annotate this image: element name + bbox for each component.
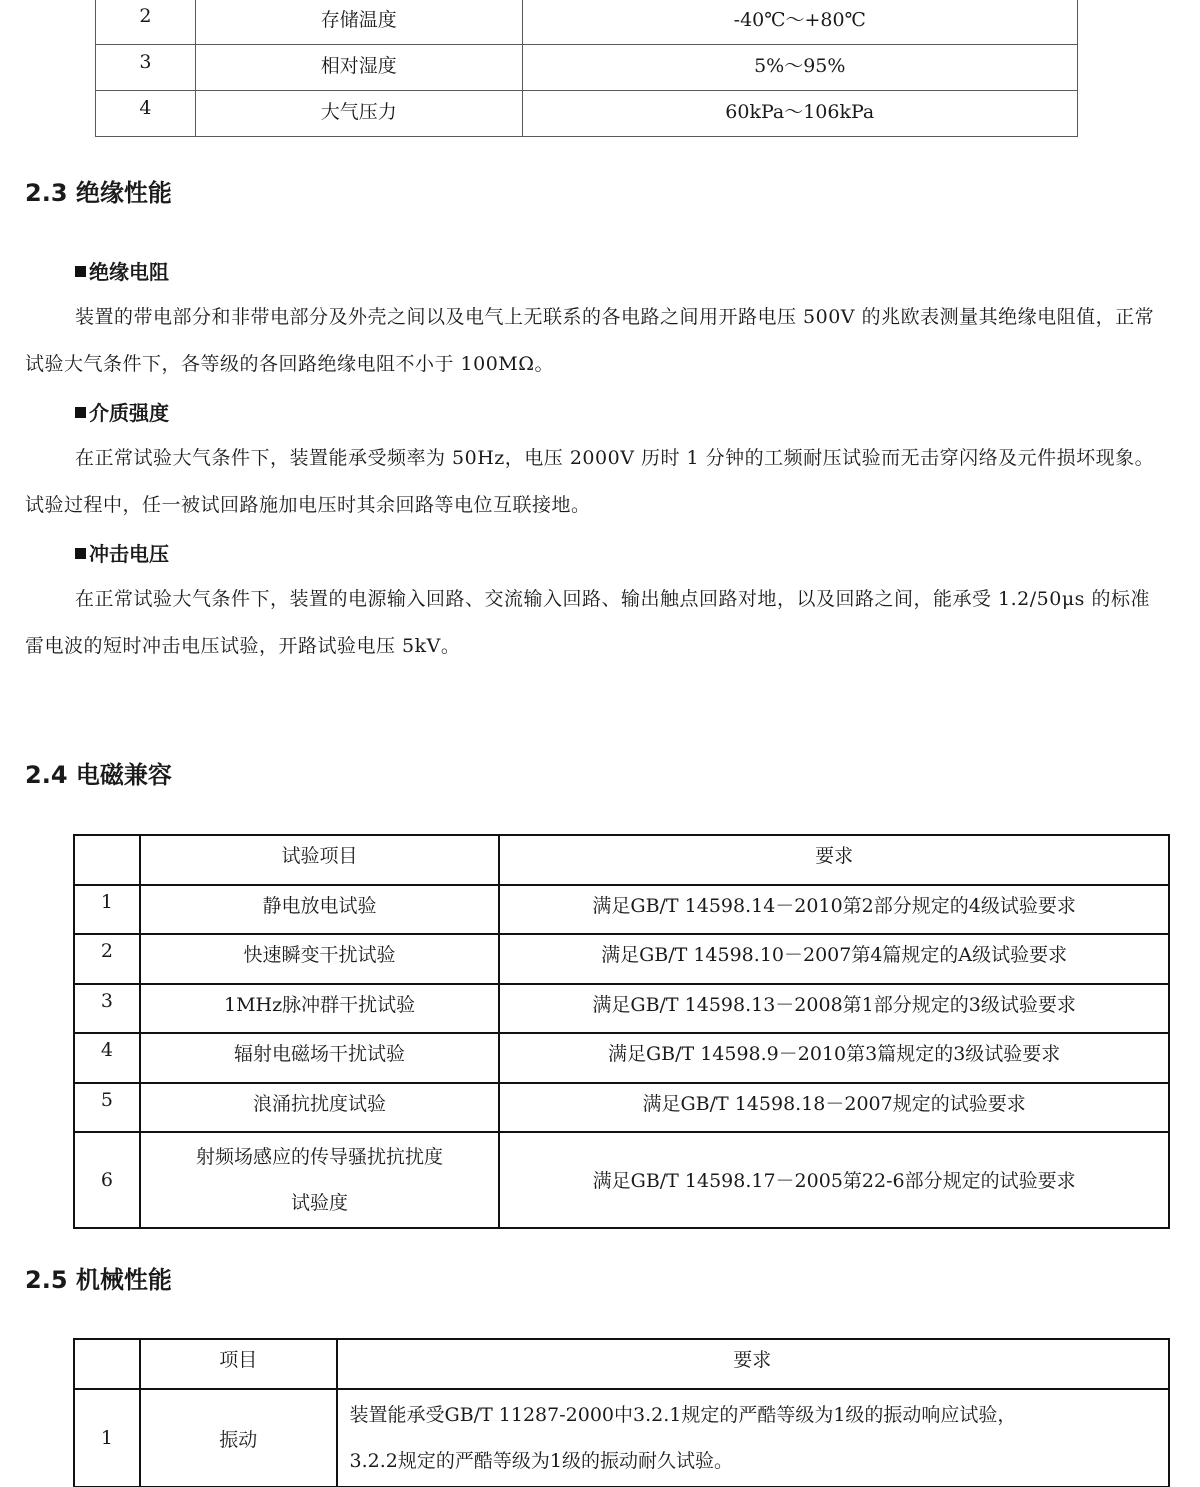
mechanical-requirement: 装置能承受GB/T 11287-2000中3.2.1规定的严酷等级为1级的振动响…	[337, 1389, 1169, 1487]
square-bullet-icon	[75, 407, 86, 418]
row-number: 1	[74, 885, 140, 935]
table-row: 2 存储温度 -40℃～+80℃	[96, 0, 1078, 45]
table-row: 4 大气压力 60kPa～106kPa	[96, 91, 1078, 137]
subheading-dielectric-strength: 介质强度	[75, 397, 169, 426]
row-number: 3	[96, 45, 196, 91]
row-number: 1	[74, 1389, 140, 1487]
section-heading-mechanical: 2.5 机械性能	[25, 1260, 172, 1295]
table-row: 2 快速瞬变干扰试验 满足GB/T 14598.10－2007第4篇规定的A级试…	[74, 934, 1169, 984]
test-item: 静电放电试验	[140, 885, 499, 935]
row-number: 4	[96, 91, 196, 137]
mechanical-item: 振动	[140, 1389, 337, 1487]
mechanical-performance-table: 项目 要求 1 振动 装置能承受GB/T 11287-2000中3.2.1规定的…	[73, 1338, 1170, 1487]
condition-item: 相对湿度	[195, 45, 522, 91]
test-requirement: 满足GB/T 14598.9－2010第3篇规定的3级试验要求	[499, 1033, 1169, 1083]
test-requirement: 满足GB/T 14598.18－2007规定的试验要求	[499, 1083, 1169, 1133]
condition-item: 存储温度	[195, 0, 522, 45]
row-number: 2	[96, 0, 196, 45]
subheading-impulse-voltage: 冲击电压	[75, 538, 169, 567]
table-row: 6 射频场感应的传导骚扰抗扰度 试验度 满足GB/T 14598.17－2005…	[74, 1132, 1169, 1228]
section-heading-insulation: 2.3 绝缘性能	[25, 173, 172, 208]
row-number: 4	[74, 1033, 140, 1083]
test-requirement: 满足GB/T 14598.10－2007第4篇规定的A级试验要求	[499, 934, 1169, 984]
table-row: 1 静电放电试验 满足GB/T 14598.14－2010第2部分规定的4级试验…	[74, 885, 1169, 935]
paragraph-dielectric-strength: 在正常试验大气条件下，装置能承受频率为 50Hz，电压 2000V 历时 1 分…	[25, 435, 1160, 529]
table-header-row: 项目 要求	[74, 1339, 1169, 1389]
table-row: 4 辐射电磁场干扰试验 满足GB/T 14598.9－2010第3篇规定的3级试…	[74, 1033, 1169, 1083]
subheading-insulation-resistance: 绝缘电阻	[75, 256, 169, 285]
header-number	[74, 835, 140, 885]
row-number: 2	[74, 934, 140, 984]
header-test-item: 试验项目	[140, 835, 499, 885]
paragraph-impulse-voltage: 在正常试验大气条件下，装置的电源输入回路、交流输入回路、输出触点回路对地，以及回…	[25, 576, 1160, 670]
header-requirement: 要求	[499, 835, 1169, 885]
test-requirement: 满足GB/T 14598.13－2008第1部分规定的3级试验要求	[499, 984, 1169, 1034]
table-header-row: 试验项目 要求	[74, 835, 1169, 885]
emc-test-table: 试验项目 要求 1 静电放电试验 满足GB/T 14598.14－2010第2部…	[73, 834, 1170, 1229]
square-bullet-icon	[75, 548, 86, 559]
header-item: 项目	[140, 1339, 337, 1389]
condition-value: 60kPa～106kPa	[522, 91, 1077, 137]
condition-value: -40℃～+80℃	[522, 0, 1077, 45]
header-requirement: 要求	[337, 1339, 1169, 1389]
test-item: 射频场感应的传导骚扰抗扰度 试验度	[140, 1132, 499, 1228]
header-number	[74, 1339, 140, 1389]
paragraph-insulation-resistance: 装置的带电部分和非带电部分及外壳之间以及电气上无联系的各电路之间用开路电压 50…	[25, 294, 1160, 388]
condition-item: 大气压力	[195, 91, 522, 137]
row-number: 3	[74, 984, 140, 1034]
table-row: 1 振动 装置能承受GB/T 11287-2000中3.2.1规定的严酷等级为1…	[74, 1389, 1169, 1487]
test-requirement: 满足GB/T 14598.17－2005第22-6部分规定的试验要求	[499, 1132, 1169, 1228]
test-item: 1MHz脉冲群干扰试验	[140, 984, 499, 1034]
row-number: 5	[74, 1083, 140, 1133]
environment-conditions-table: 2 存储温度 -40℃～+80℃ 3 相对湿度 5%～95% 4 大气压力 60…	[95, 0, 1078, 137]
row-number: 6	[74, 1132, 140, 1228]
section-heading-emc: 2.4 电磁兼容	[25, 755, 172, 790]
table-row: 5 浪涌抗扰度试验 满足GB/T 14598.18－2007规定的试验要求	[74, 1083, 1169, 1133]
square-bullet-icon	[75, 266, 86, 277]
test-item: 快速瞬变干扰试验	[140, 934, 499, 984]
test-item: 辐射电磁场干扰试验	[140, 1033, 499, 1083]
test-item: 浪涌抗扰度试验	[140, 1083, 499, 1133]
test-requirement: 满足GB/T 14598.14－2010第2部分规定的4级试验要求	[499, 885, 1169, 935]
table-row: 3 1MHz脉冲群干扰试验 满足GB/T 14598.13－2008第1部分规定…	[74, 984, 1169, 1034]
condition-value: 5%～95%	[522, 45, 1077, 91]
table-row: 3 相对湿度 5%～95%	[96, 45, 1078, 91]
